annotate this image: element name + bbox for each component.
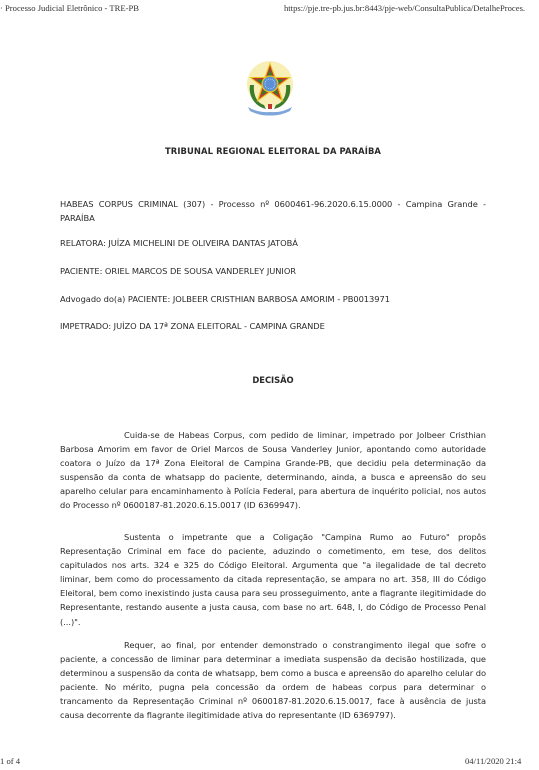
decision-document: TRIBUNAL REGIONAL ELEITORAL DA PARAÍBA H… — [60, 0, 486, 770]
section-title-decisao: DECISÃO — [60, 375, 486, 385]
relatora-line: RELATORA: JUÍZA MICHELINI DE OLIVEIRA DA… — [60, 236, 486, 250]
paragraph-2: Sustenta o impetrante que a Coligação "C… — [60, 530, 486, 629]
case-header: HABEAS CORPUS CRIMINAL (307) - Processo … — [60, 197, 486, 225]
paciente-line: PACIENTE: ORIEL MARCOS DE SOUSA VANDERLE… — [60, 264, 486, 278]
court-title: TRIBUNAL REGIONAL ELEITORAL DA PARAÍBA — [60, 146, 486, 156]
paragraph-3: Requer, ao final, por entender demonstra… — [60, 638, 486, 723]
paragraph-1: Cuida-se de Habeas Corpus, com pedido de… — [60, 428, 486, 513]
impetrado-line: IMPETRADO: JUÍZO DA 17ª ZONA ELEITORAL -… — [60, 319, 486, 333]
page-number: 1 of 4 — [0, 756, 20, 766]
print-datetime: 04/11/2020 21:4 — [465, 756, 521, 766]
advogado-line: Advogado do(a) PACIENTE: JOLBEER CRISTHI… — [60, 292, 486, 306]
